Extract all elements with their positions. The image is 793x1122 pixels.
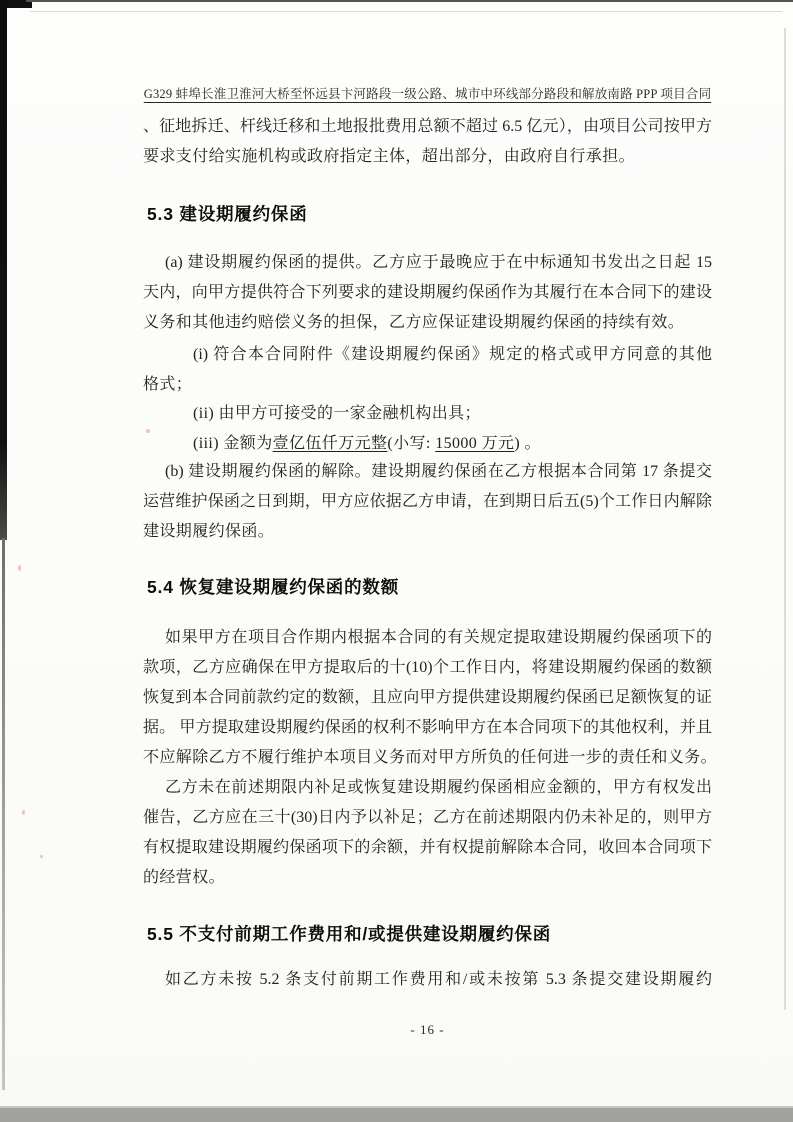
clause-b-paragraph: (b) 建设期履约保函的解除。建设期履约保函在乙方根据本合同第 17 条提交 运… — [143, 457, 712, 547]
paragraph-line: (i) 符合本合同附件《建设期履约保函》规定的格式或甲方同意的其他 — [143, 340, 712, 370]
clause-item-i: (i) 符合本合同附件《建设期履约保函》规定的格式或甲方同意的其他 格式； — [143, 340, 712, 400]
paragraph-line: 款项，乙方应确保在甲方提取后的十(10)个工作日内，将建设期履约保函的数额 — [143, 653, 712, 683]
paragraph-line: (a) 建设期履约保函的提供。乙方应于最晚应于在中标通知书发出之日起 15 — [143, 248, 712, 278]
paragraph-line: 、征地拆迁、杆线迁移和土地报批费用总额不超过 6.5 亿元），由项目公司按甲方 — [143, 112, 712, 142]
section-heading-5-4: 5.4 恢复建设期履约保函的数额 — [147, 573, 712, 601]
scan-dust-speck — [18, 565, 21, 571]
paragraph-line: 恢复到本合同前款约定的数额，且应向甲方提供建设期履约保函已足额恢复的证 — [143, 683, 712, 713]
clause-a-paragraph: (a) 建设期履约保函的提供。乙方应于最晚应于在中标通知书发出之日起 15 天内… — [143, 248, 712, 338]
paragraph-line: 格式； — [143, 370, 712, 400]
paragraph-line: (iii) 金额为壹亿伍仟万元整(小写: 15000 万元) 。 — [143, 429, 712, 459]
intro-paragraph: 、征地拆迁、杆线迁移和土地报批费用总额不超过 6.5 亿元），由项目公司按甲方 … — [143, 112, 712, 172]
paragraph-line: 运营维护保函之日到期，甲方应依据乙方申请，在到期日后五(5)个工作日内解除 — [143, 487, 712, 517]
document-header-title: G329 蚌埠长淮卫淮河大桥至怀远县卞河路段一级公路、城市中环线部分路段和解放南… — [143, 84, 712, 102]
paragraph-line: (ii) 由甲方可接受的一家金融机构出具； — [143, 399, 712, 429]
amount-in-figures: 15000 万元 — [435, 435, 514, 452]
clause-item-iii: (iii) 金额为壹亿伍仟万元整(小写: 15000 万元) 。 — [143, 429, 712, 459]
scan-left-edge-line — [2, 538, 5, 1090]
scan-dust-speck — [40, 855, 43, 858]
paragraph-line: 要求支付给实施机构或政府指定主体，超出部分，由政府自行承担。 — [143, 142, 712, 172]
paragraph-line: 的经营权。 — [143, 863, 712, 893]
section-heading-5-3: 5.3 建设期履约保函 — [147, 200, 712, 228]
amount-in-chinese-words: 壹亿伍仟万元整 — [273, 435, 388, 452]
paragraph-line: 有权提取建设期履约保函项下的余额，并有权提前解除本合同，收回本合同项下 — [143, 833, 712, 863]
scan-top-faint-line — [30, 11, 782, 12]
scan-dust-speck — [22, 810, 25, 815]
amount-clause-mid: (小写: — [387, 435, 435, 452]
scan-bottom-band — [0, 1106, 793, 1122]
paragraph-line: 建设期履约保函。 — [143, 517, 712, 547]
amount-clause-suffix: ) 。 — [514, 435, 541, 452]
restore-guarantee-paragraph-2: 乙方未在前述期限内补足或恢复建设期履约保函相应金额的，甲方有权发出 催告，乙方应… — [143, 773, 712, 893]
paragraph-line: (b) 建设期履约保函的解除。建设期履约保函在乙方根据本合同第 17 条提交 — [143, 457, 712, 487]
section-heading-5-5: 5.5 不支付前期工作费用和/或提供建设期履约保函 — [147, 920, 712, 948]
nonpayment-paragraph: 如乙方未按 5.2 条支付前期工作费用和/或未按第 5.3 条提交建设期履约 — [143, 965, 712, 995]
paragraph-line: 乙方未在前述期限内补足或恢复建设期履约保函相应金额的，甲方有权发出 — [143, 773, 712, 803]
paragraph-line: 如乙方未按 5.2 条支付前期工作费用和/或未按第 5.3 条提交建设期履约 — [143, 965, 712, 995]
page-number: - 16 - — [143, 1022, 712, 1038]
paragraph-line: 据。 甲方提取建设期履约保函的权利不影响甲方在本合同项下的其他权利，并且 — [143, 713, 712, 743]
paragraph-line: 义务和其他违约赔偿义务的担保，乙方应保证建设期履约保函的持续有效。 — [143, 308, 712, 338]
scanned-contract-page: G329 蚌埠长淮卫淮河大桥至怀远县卞河路段一级公路、城市中环线部分路段和解放南… — [0, 0, 793, 1122]
paragraph-line: 催告，乙方应在三十(30)日内予以补足；乙方在前述期限内仍未补足的，则甲方 — [143, 803, 712, 833]
scan-top-edge-line — [26, 0, 793, 2]
paragraph-line: 天内，向甲方提供符合下列要求的建设期履约保函作为其履行在本合同下的建设 — [143, 278, 712, 308]
scan-left-edge-bar — [0, 0, 7, 540]
clause-item-ii: (ii) 由甲方可接受的一家金融机构出具； — [143, 399, 712, 429]
restore-guarantee-paragraph-1: 如果甲方在项目合作期内根据本合同的有关规定提取建设期履约保函项下的 款项，乙方应… — [143, 623, 712, 773]
amount-clause-prefix: (iii) 金额为 — [193, 435, 273, 452]
paragraph-line: 如果甲方在项目合作期内根据本合同的有关规定提取建设期履约保函项下的 — [143, 623, 712, 653]
paragraph-line: 不应解除乙方不履行维护本项目义务而对甲方所负的任何进一步的责任和义务。 — [143, 743, 712, 773]
scan-right-edge-line — [784, 28, 786, 1010]
